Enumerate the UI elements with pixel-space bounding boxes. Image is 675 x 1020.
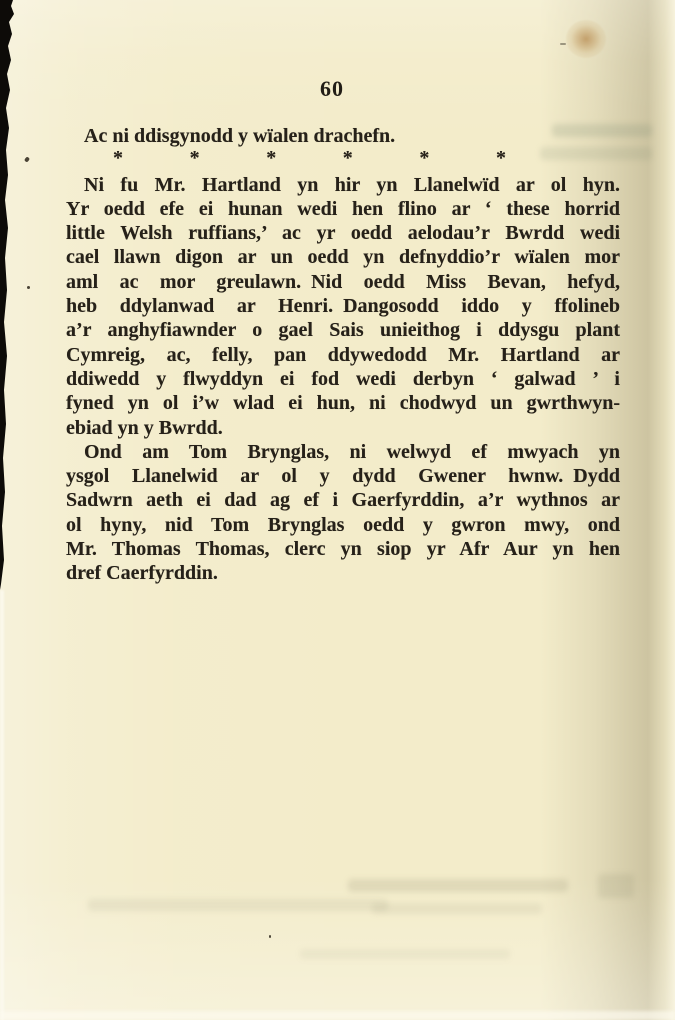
text-line: Ac ni ddisgynodd y wïalen drachefn. <box>66 124 620 148</box>
text-line: a’r anghyfiawnder o gael Sais unieithog … <box>66 318 620 342</box>
show-through-mark <box>348 879 568 892</box>
ink-speck <box>560 43 566 45</box>
section-separator: * * * * * * <box>113 148 506 172</box>
text-line: Yr oedd efe ei hunan wedi hen flino ar ‘… <box>66 197 620 221</box>
asterisk: * <box>266 148 276 172</box>
book-page: 60 Ac ni ddisgynodd y wïalen drachefn. *… <box>0 0 675 1020</box>
show-through-mark <box>88 899 388 911</box>
foxing-stain <box>566 20 606 58</box>
text-line: ddiwedd y flwyddyn ei fod wedi derbyn ‘ … <box>66 367 620 391</box>
page-number: 60 <box>316 76 348 102</box>
text-line: Ni fu Mr. Hartland yn hir yn Llanelwïd a… <box>66 173 620 197</box>
ink-speck <box>269 935 271 938</box>
show-through-mark <box>598 874 634 898</box>
asterisk: * <box>190 148 200 172</box>
text-line: ol hyny, nid Tom Brynglas oedd y gwron m… <box>66 513 620 537</box>
ink-speck <box>27 286 30 289</box>
text-line: heb ddylanwad ar Henri. Dangosodd iddo y… <box>66 294 620 318</box>
text-line: dref Caerfyrddin. <box>66 561 620 585</box>
asterisk: * <box>496 148 506 172</box>
show-through-mark <box>300 949 510 959</box>
asterisk: * <box>113 148 123 172</box>
text-line: cael llawn digon ar un oedd yn defnyddio… <box>66 245 620 269</box>
asterisk: * <box>343 148 353 172</box>
text-line: ysgol Llanelwid ar ol y dydd Gwener hwnw… <box>66 464 620 488</box>
text-line: Mr. Thomas Thomas, clerc yn siop yr Afr … <box>66 537 620 561</box>
text-line: Sadwrn aeth ei dad ag ef i Gaerfyrddin, … <box>66 488 620 512</box>
scan-edge-artifact <box>0 0 16 600</box>
text-line: Cymreig, ac, felly, pan ddywedodd Mr. Ha… <box>66 343 620 367</box>
page-bottom-edge <box>0 1011 675 1020</box>
asterisk: * <box>419 148 429 172</box>
scan-edge-shape <box>0 0 16 600</box>
text-block: Ac ni ddisgynodd y wïalen drachefn. * * … <box>66 124 620 586</box>
text-line: fyned yn ol i’w wlad ei hun, ni chodwyd … <box>66 391 620 415</box>
text-line: aml ac mor greulawn. Nid oedd Miss Bevan… <box>66 270 620 294</box>
text-line: ebiad yn y Bwrdd. <box>66 416 620 440</box>
text-line: Ond am Tom Brynglas, ni welwyd ef mwyach… <box>66 440 620 464</box>
show-through-mark <box>372 903 542 914</box>
page-edge-highlight <box>0 590 4 1020</box>
text-line: little Welsh ruffians,’ ac yr oedd aelod… <box>66 221 620 245</box>
ink-speck <box>24 156 30 162</box>
